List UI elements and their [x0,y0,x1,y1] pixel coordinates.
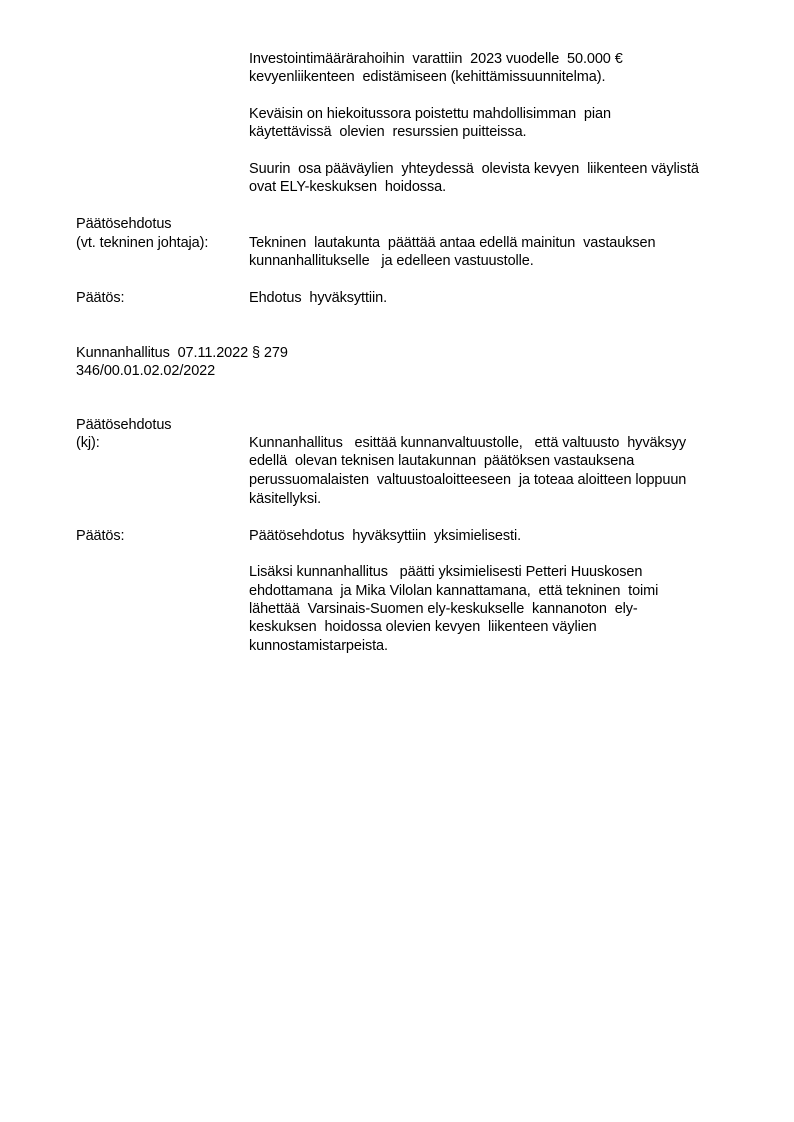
additional-text-line: kunnostamistarpeista. [249,637,388,655]
investment-text-line: kevyenliikenteen edistämiseen (kehittämi… [249,68,605,86]
investment-text-line: Investointimäärärahoihin varattiin 2023 … [249,50,623,68]
proposal-presenter-label: (kj): [76,434,100,452]
proposal-label: Päätösehdotus [76,416,171,434]
additional-text-line: ehdottamana ja Mika Vilolan kannattamana… [249,582,658,600]
proposal-text-line: kunnanhallitukselle ja edelleen vastuust… [249,252,534,270]
additional-text-line: Lisäksi kunnanhallitus päätti yksimielis… [249,563,642,581]
meeting-title: Kunnanhallitus 07.11.2022 § 279 [76,344,288,362]
ely-text-line: Suurin osa pääväylien yhteydessä olevist… [249,160,699,178]
proposal-text-line: perussuomalaisten valtuustoaloitteeseen … [249,471,686,489]
proposal-label: Päätösehdotus [76,215,171,233]
ely-text-line: ovat ELY-keskuksen hoidossa. [249,178,446,196]
additional-text-line: lähettää Varsinais-Suomen ely-keskuksell… [249,600,638,618]
proposal-text-line: edellä olevan teknisen lautakunnan päätö… [249,452,634,470]
proposal-text-line: käsitellyksi. [249,490,321,508]
spring-text-line: Keväisin on hiekoitussora poistettu mahd… [249,105,611,123]
decision-text: Ehdotus hyväksyttiin. [249,289,387,307]
meeting-reference: 346/00.01.02.02/2022 [76,362,215,380]
decision-label: Päätös: [76,527,124,545]
additional-text-line: keskuksen hoidossa olevien kevyen liiken… [249,618,597,636]
spring-text-line: käytettävissä olevien resurssien puittei… [249,123,526,141]
proposal-text-line: Tekninen lautakunta päättää antaa edellä… [249,234,655,252]
decision-label: Päätös: [76,289,124,307]
decision-text: Päätösehdotus hyväksyttiin yksimielisest… [249,527,521,545]
proposal-text-line: Kunnanhallitus esittää kunnanvaltuustoll… [249,434,686,452]
proposal-presenter-label: (vt. tekninen johtaja): [76,234,208,252]
